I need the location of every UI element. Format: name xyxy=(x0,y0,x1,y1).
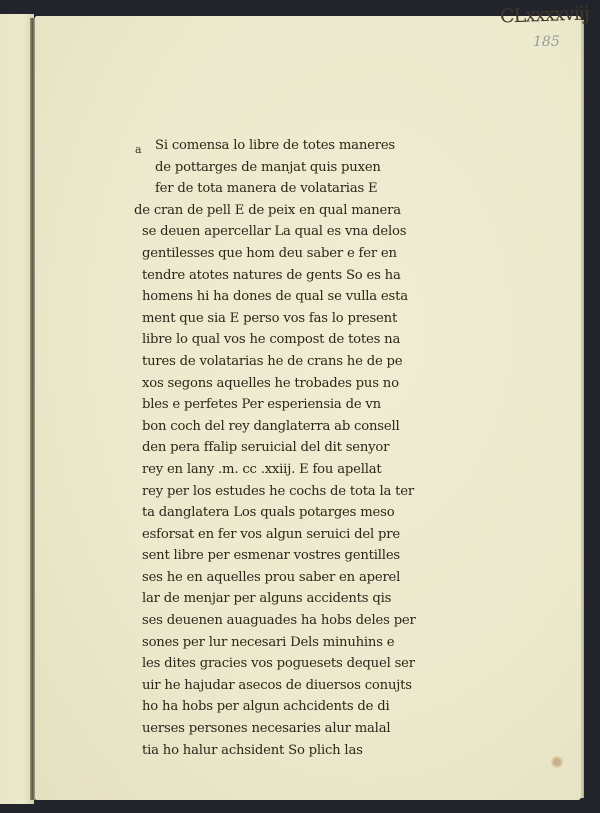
left-page-edge xyxy=(0,14,34,804)
folio-number-arabic: 185 xyxy=(533,34,560,50)
text-line: sent libre per esmenar vostres gentilles xyxy=(142,545,442,567)
page-stain xyxy=(552,757,562,767)
text-line: ment que sia E perso vos fas lo present xyxy=(142,308,442,330)
text-line: de pottarges de manjat quis puxen xyxy=(142,157,442,179)
text-line: esforsat en fer vos algun seruici del pr… xyxy=(142,524,442,546)
text-line: ho ha hobs per algun achcidents de di xyxy=(142,696,442,718)
text-line: Si comensa lo libre de totes maneres xyxy=(142,135,442,157)
manuscript-text-block: Si comensa lo libre de totes maneres de … xyxy=(142,135,442,761)
margin-marker: a xyxy=(135,143,142,156)
text-line: homens hi ha dones de qual se vulla esta xyxy=(142,286,442,308)
text-line: uir he hajudar asecos de diuersos conujt… xyxy=(142,675,442,697)
text-line: libre lo qual vos he compost de totes na xyxy=(142,329,442,351)
text-line: uerses persones necesaries alur malal xyxy=(142,718,442,740)
text-line: gentilesses que hom deu saber e fer en xyxy=(142,243,442,265)
text-line: fer de tota manera de volatarias E xyxy=(142,178,442,200)
text-line: sones per lur necesari Dels minuhins e xyxy=(142,632,442,654)
text-line: se deuen apercellar La qual es vna delos xyxy=(142,221,442,243)
text-line: ses deuenen auaguades ha hobs deles per xyxy=(142,610,442,632)
text-line: tures de volatarias he de crans he de pe xyxy=(142,351,442,373)
folio-number-roman: CLxxxxviij xyxy=(500,2,590,27)
text-line: rey en lany .m. cc .xxiij. E fou apellat xyxy=(142,459,442,481)
text-line: bon coch del rey danglaterra ab consell xyxy=(142,416,442,438)
text-line: les dites gracies vos poguesets dequel s… xyxy=(142,653,442,675)
text-line: tendre atotes natures de gents So es ha xyxy=(142,265,442,287)
text-line: tia ho halur achsident So plich las xyxy=(142,740,442,762)
text-line: lar de menjar per alguns accidents qis xyxy=(142,588,442,610)
text-line: ta danglatera Los quals potarges meso xyxy=(142,502,442,524)
text-line: de cran de pell E de peix en qual manera xyxy=(134,200,442,222)
text-line: rey per los estudes he cochs de tota la … xyxy=(142,481,442,503)
text-line: ses he en aquelles prou saber en aperel xyxy=(142,567,442,589)
text-line: bles e perfetes Per esperiensia de vn xyxy=(142,394,442,416)
text-line: xos segons aquelles he trobades pus no xyxy=(142,373,442,395)
text-line: den pera ffalip seruicial del dit senyor xyxy=(142,437,442,459)
